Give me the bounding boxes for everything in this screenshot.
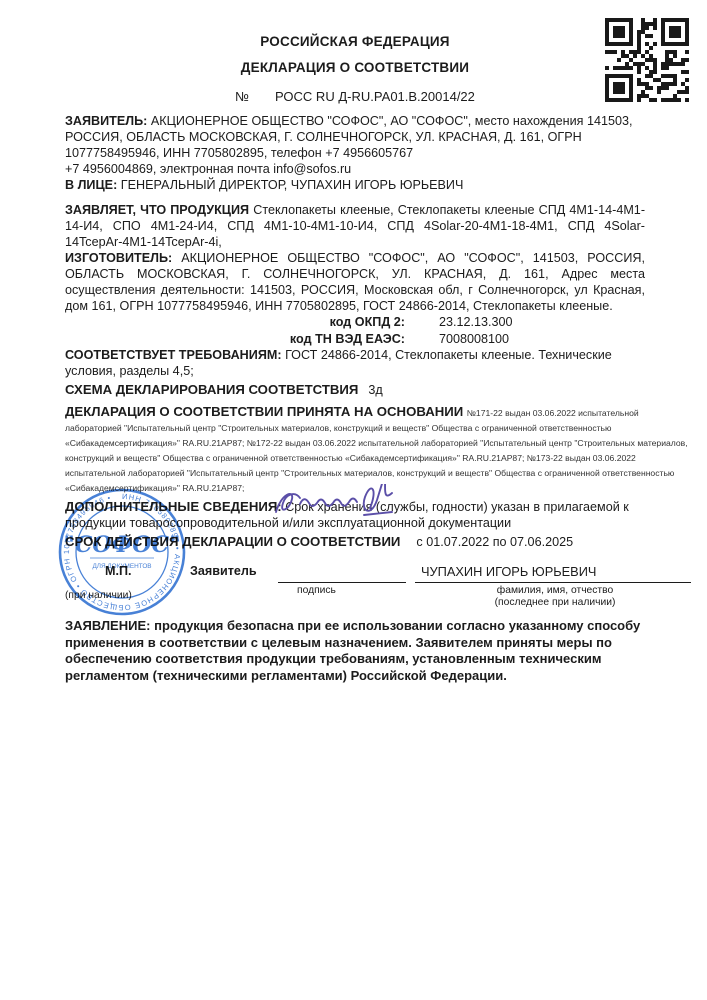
- signature-block: М.П. (при наличии) Заявитель подпись ЧУП…: [65, 558, 645, 610]
- statement-label: ЗАЯВЛЕНИЕ:: [65, 618, 150, 633]
- validity-value: с 01.07.2022 по 07.06.2025: [416, 535, 573, 549]
- validity-label: СРОК ДЕЙСТВИЯ ДЕКЛАРАЦИИ О СООТВЕТСТВИИ: [65, 534, 400, 549]
- tnved-code-row: код ТН ВЭД ЕАЭС: 7008008100: [65, 331, 645, 348]
- additional-paragraph: ДОПОЛНИТЕЛЬНЫЕ СВЕДЕНИЯ: Срок хранения (…: [65, 499, 645, 531]
- name-caption-2: (последнее при наличии): [465, 597, 645, 608]
- applicant-label: ЗАЯВИТЕЛЬ:: [65, 114, 147, 128]
- basis-paragraph: ДЕКЛАРАЦИЯ О СООТВЕТСТВИИ ПРИНЯТА НА ОСН…: [65, 404, 690, 495]
- applicant-text-2: +7 4956004869, электронная почта info@so…: [65, 162, 351, 176]
- validity-line: СРОК ДЕЙСТВИЯ ДЕКЛАРАЦИИ О СООТВЕТСТВИИс…: [65, 534, 645, 550]
- in-person-label: В ЛИЦЕ:: [65, 178, 117, 192]
- scheme-label: СХЕМА ДЕКЛАРИРОВАНИЯ СООТВЕТСТВИЯ: [65, 382, 358, 397]
- country-heading: РОССИЙСКАЯ ФЕДЕРАЦИЯ: [65, 34, 645, 49]
- tnved-value: 7008008100: [439, 331, 509, 348]
- signature-caption: подпись: [297, 585, 336, 596]
- okpd-code-row: код ОКПД 2: 23.12.13.300: [65, 314, 645, 331]
- in-person-text: ГЕНЕРАЛЬНЫЙ ДИРЕКТОР, ЧУПАХИН ИГОРЬ ЮРЬЕ…: [121, 178, 464, 192]
- signature-applicant-label: Заявитель: [190, 564, 257, 578]
- declares-label: ЗАЯВЛЯЕТ, ЧТО ПРОДУКЦИЯ: [65, 203, 249, 217]
- name-caption-1: фамилия, имя, отчество: [465, 585, 645, 596]
- complies-label: СООТВЕТСТВУЕТ ТРЕБОВАНИЯМ:: [65, 348, 282, 362]
- scheme-value: 3д: [368, 383, 382, 397]
- additional-label: ДОПОЛНИТЕЛЬНЫЕ СВЕДЕНИЯ:: [65, 499, 282, 514]
- name-line: [415, 558, 691, 583]
- statement-text: продукция безопасна при ее использовании…: [65, 618, 640, 683]
- declares-paragraph: ЗАЯВЛЯЕТ, ЧТО ПРОДУКЦИЯ Стеклопакеты кле…: [65, 202, 645, 250]
- signature-line: [278, 558, 406, 583]
- basis-fine-print: №171-22 выдан 03.06.2022 испытательной л…: [65, 408, 688, 493]
- applicant-text: АКЦИОНЕРНОЕ ОБЩЕСТВО "СОФОС", АО "СОФОС"…: [65, 114, 632, 160]
- scheme-line: СХЕМА ДЕКЛАРИРОВАНИЯ СООТВЕТСТВИЯ3д: [65, 382, 645, 398]
- manufacturer-paragraph: ИЗГОТОВИТЕЛЬ: АКЦИОНЕРНОЕ ОБЩЕСТВО "СОФО…: [65, 250, 645, 314]
- number-sign: №: [235, 89, 249, 104]
- complies-paragraph: СООТВЕТСТВУЕТ ТРЕБОВАНИЯМ: ГОСТ 24866-20…: [65, 347, 645, 379]
- basis-label: ДЕКЛАРАЦИЯ О СООТВЕТСТВИИ ПРИНЯТА НА ОСН…: [65, 404, 463, 419]
- stamp-place-label: М.П.: [105, 564, 132, 578]
- tnved-label: код ТН ВЭД ЕАЭС:: [65, 331, 405, 348]
- okpd-label: код ОКПД 2:: [65, 314, 405, 331]
- stamp-place-note: (при наличии): [65, 590, 132, 601]
- declaration-document: РОССИЙСКАЯ ФЕДЕРАЦИЯ ДЕКЛАРАЦИЯ О СООТВЕ…: [0, 0, 707, 1000]
- okpd-value: 23.12.13.300: [439, 314, 513, 331]
- document-title: ДЕКЛАРАЦИЯ О СООТВЕТСТВИИ: [65, 60, 645, 75]
- declaration-number: РОСС RU Д-RU.РА01.В.20014/22: [275, 89, 475, 104]
- qr-code: [605, 18, 689, 102]
- applicant-paragraph: ЗАЯВИТЕЛЬ: АКЦИОНЕРНОЕ ОБЩЕСТВО "СОФОС",…: [65, 113, 645, 177]
- declaration-number-line: №РОСС RU Д-RU.РА01.В.20014/22: [65, 89, 645, 104]
- manufacturer-label: ИЗГОТОВИТЕЛЬ:: [65, 251, 172, 265]
- statement-paragraph: ЗАЯВЛЕНИЕ: продукция безопасна при ее ис…: [65, 618, 645, 684]
- in-person-paragraph: В ЛИЦЕ: ГЕНЕРАЛЬНЫЙ ДИРЕКТОР, ЧУПАХИН ИГ…: [65, 177, 645, 193]
